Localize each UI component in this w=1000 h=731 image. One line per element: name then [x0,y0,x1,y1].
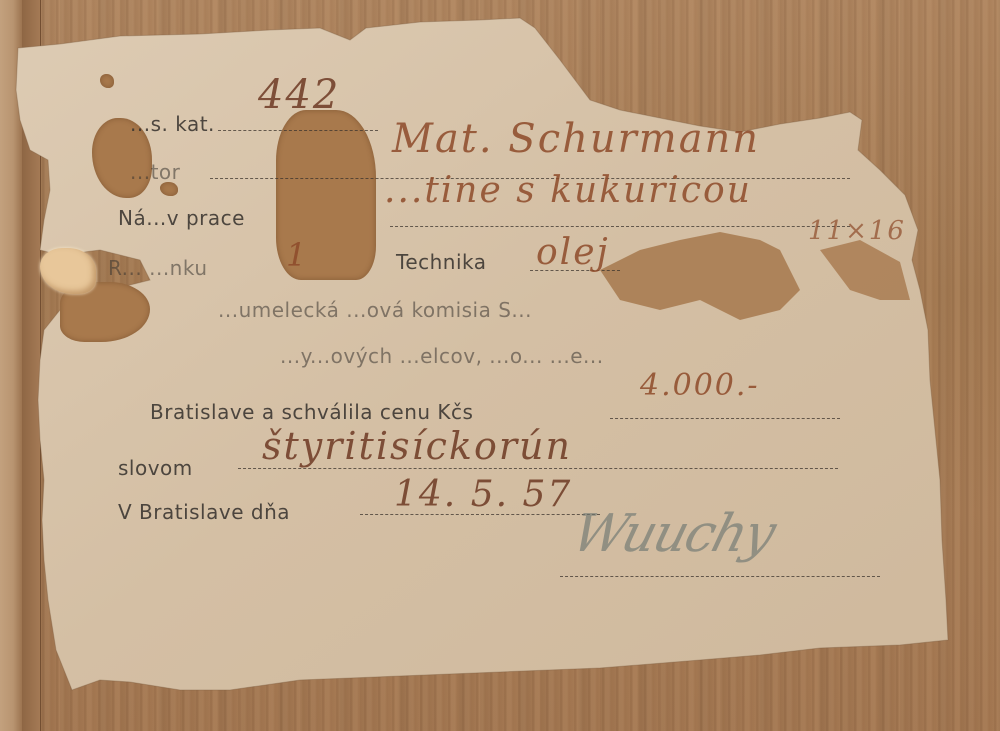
dimensions-value: 11×16 [808,216,906,246]
technique-value: olej [536,232,610,273]
members-line: ...y...ových ...elcov, ...o... ...e... [280,344,604,368]
signature: Wuuchy [566,504,780,564]
dotted-line [610,418,840,419]
dotted-line [238,468,838,469]
price-words-value: štyritisíckorún [262,424,572,468]
catalog-number-label: ...s. kat. [130,112,215,136]
title-value: ...tine s kukuricou [384,170,752,211]
technique-label: Technika [396,250,487,274]
stain-hole [100,74,114,88]
commission-line: ...umelecká ...ová komisia S... [218,298,532,322]
date-value: 14. 5. 57 [394,474,572,515]
author-label: ...tor [130,160,180,184]
dotted-line [390,226,850,227]
title-label: Ná...v prace [118,206,245,230]
year-label: R... ...nku [108,256,208,280]
year-value: 1 [286,236,308,274]
approval-line: Bratislave a schválila cenu Kčs [150,400,473,424]
price-value: 4.000.- [640,368,760,403]
catalog-number-value: 442 [258,72,340,118]
paper-label: ...s. kat. 442 ...tor Mat. Schurmann Ná.… [0,0,1000,731]
stain-hole [160,182,178,196]
dotted-line [218,130,378,131]
date-label: V Bratislave dňa [118,500,290,524]
price-words-label: slovom [118,456,193,480]
author-value: Mat. Schurmann [392,116,760,162]
signature-line [560,576,880,577]
